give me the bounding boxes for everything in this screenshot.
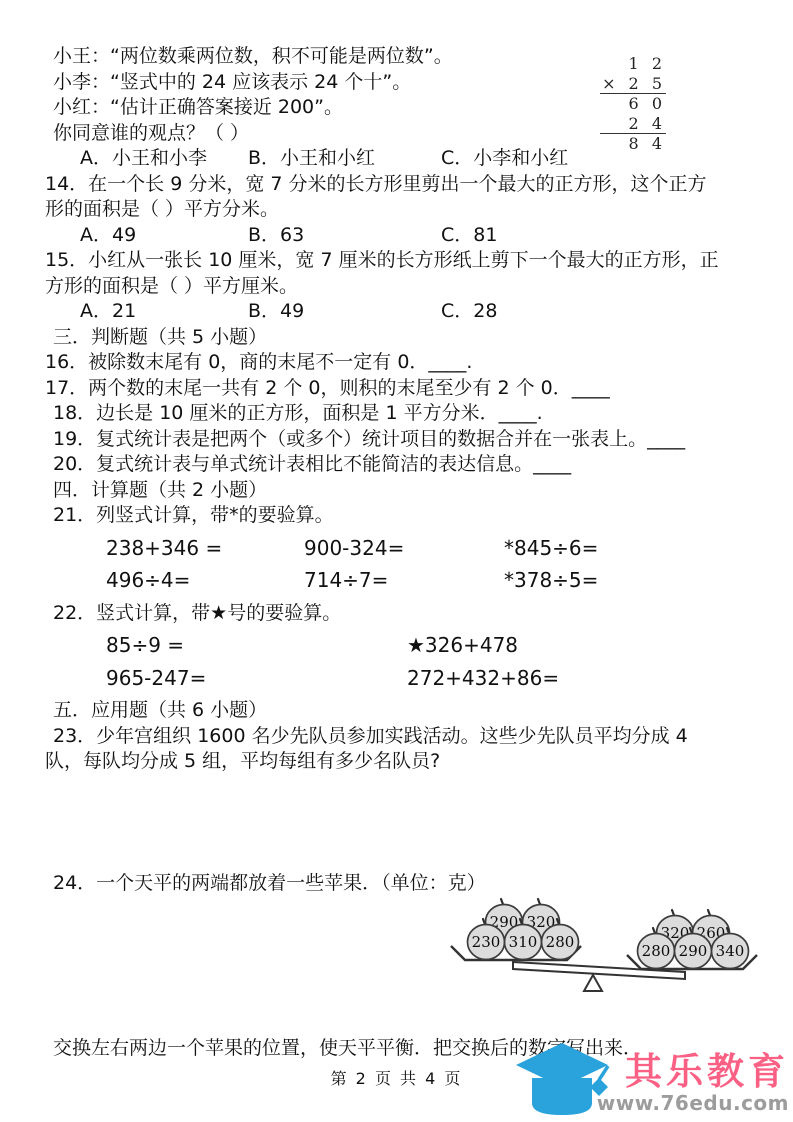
q24-header: 24．一个天平的两端都放着一些苹果．（单位：克） xyxy=(45,871,753,897)
q14-line1: 14．在一个长 9 分米，宽 7 分米的长方形里剪出一个最大的正方形，这个正方 xyxy=(45,172,753,198)
q22-equations-row1: 85÷9 =★326+478 xyxy=(45,633,753,659)
section-3-heading: 三．判断题（共 5 小题） xyxy=(45,325,753,351)
q23-line2: 队，每队均分成 5 组，平均每组有多少名队员? xyxy=(45,749,753,775)
q13-option-b: B．小王和小红 xyxy=(248,146,441,172)
q14-option-a: A．49 xyxy=(80,223,248,249)
q15-option-c: C．28 xyxy=(441,299,497,325)
equation: 965-247= xyxy=(106,666,407,692)
q19-item: 19．复式统计表是把两个（或多个）统计项目的数据合并在一张表上。____ xyxy=(45,427,753,453)
q14-options: A．49B．63C．81 xyxy=(45,223,753,249)
q16-item: 16．被除数末尾有 0，商的末尾不一定有 0．____. xyxy=(45,350,753,376)
q17-item: 17．两个数的末尾一共有 2 个 0，则积的末尾至少有 2 个 0．____ xyxy=(45,376,753,402)
q21-equations-row1: 238+346 =900-324=*845÷6= xyxy=(45,536,753,562)
mult-product: 8 4 xyxy=(600,133,666,154)
multiplication-worksheet: 1 2 × 2 5 6 0 2 4 8 4 xyxy=(600,54,666,154)
q21-equations-row2: 496÷4=714÷7=*378÷5= xyxy=(45,568,753,594)
equation: 496÷4= xyxy=(106,568,304,594)
q15-option-b: B．49 xyxy=(248,299,441,325)
svg-text:310: 310 xyxy=(509,933,538,951)
svg-text:230: 230 xyxy=(472,933,501,951)
page-footer: 第 2 页 共 4 页 xyxy=(0,1066,793,1089)
mult-multiplicand: 1 2 xyxy=(600,54,666,74)
q14-line2: 形的面积是（ ）平方分米。 xyxy=(45,197,753,223)
svg-text:280: 280 xyxy=(642,942,671,960)
q18-item: 18．边长是 10 厘米的正方形，面积是 1 平方分米．____. xyxy=(45,401,753,427)
q23-line1: 23．少年宫组织 1600 名少先队员参加实践活动。这些少先队员平均分成 4 xyxy=(45,724,753,750)
mult-partial-product-1: 6 0 xyxy=(600,93,666,114)
equation: 714÷7= xyxy=(304,568,504,594)
mult-multiplier: × 2 5 xyxy=(600,74,666,94)
mult-partial-product-2: 2 4 xyxy=(600,114,666,134)
q15-options: A．21B．49C．28 xyxy=(45,299,753,325)
q13-option-a: A．小王和小李 xyxy=(80,146,248,172)
section-4-heading: 四．计算题（共 2 小题） xyxy=(45,478,753,504)
section-5-heading: 五．应用题（共 6 小题） xyxy=(45,698,753,724)
equation: *845÷6= xyxy=(504,536,598,560)
balance-scale-figure: 290 320 230 310 280 320 xyxy=(443,894,773,996)
fulcrum xyxy=(584,975,602,991)
q14-option-c: C．81 xyxy=(441,223,497,249)
q15-line2: 方形的面积是（ ）平方厘米。 xyxy=(45,274,753,300)
equation: *378÷5= xyxy=(504,568,598,592)
q21-header: 21．列竖式计算，带*的要验算。 xyxy=(45,503,753,529)
q13-option-c: C．小李和小红 xyxy=(441,146,568,172)
equation: 85÷9 = xyxy=(106,633,407,659)
equation: 900-324= xyxy=(304,536,504,562)
q15-option-a: A．21 xyxy=(80,299,248,325)
svg-text:290: 290 xyxy=(679,942,708,960)
equation: 272+432+86= xyxy=(407,666,559,690)
equation: 238+346 = xyxy=(106,536,304,562)
svg-text:340: 340 xyxy=(716,942,745,960)
svg-text:280: 280 xyxy=(546,933,575,951)
q20-item: 20．复式统计表与单式统计表相比不能简洁的表达信息。____ xyxy=(45,452,753,478)
q22-equations-row2: 965-247=272+432+86= xyxy=(45,666,753,692)
q22-header: 22．竖式计算，带★号的要验算。 xyxy=(45,601,753,627)
answer-space xyxy=(45,775,753,871)
exam-page: 小王：“两位数乘两位数，积不可能是两位数”。 小李：“竖式中的 24 应该表示 … xyxy=(0,0,793,1122)
q14-option-b: B．63 xyxy=(248,223,441,249)
equation: ★326+478 xyxy=(407,633,518,657)
brand-url: www.76edu.com xyxy=(597,1091,789,1115)
q15-line1: 15．小红从一张长 10 厘米，宽 7 厘米的长方形纸上剪下一个最大的正方形，正 xyxy=(45,248,753,274)
